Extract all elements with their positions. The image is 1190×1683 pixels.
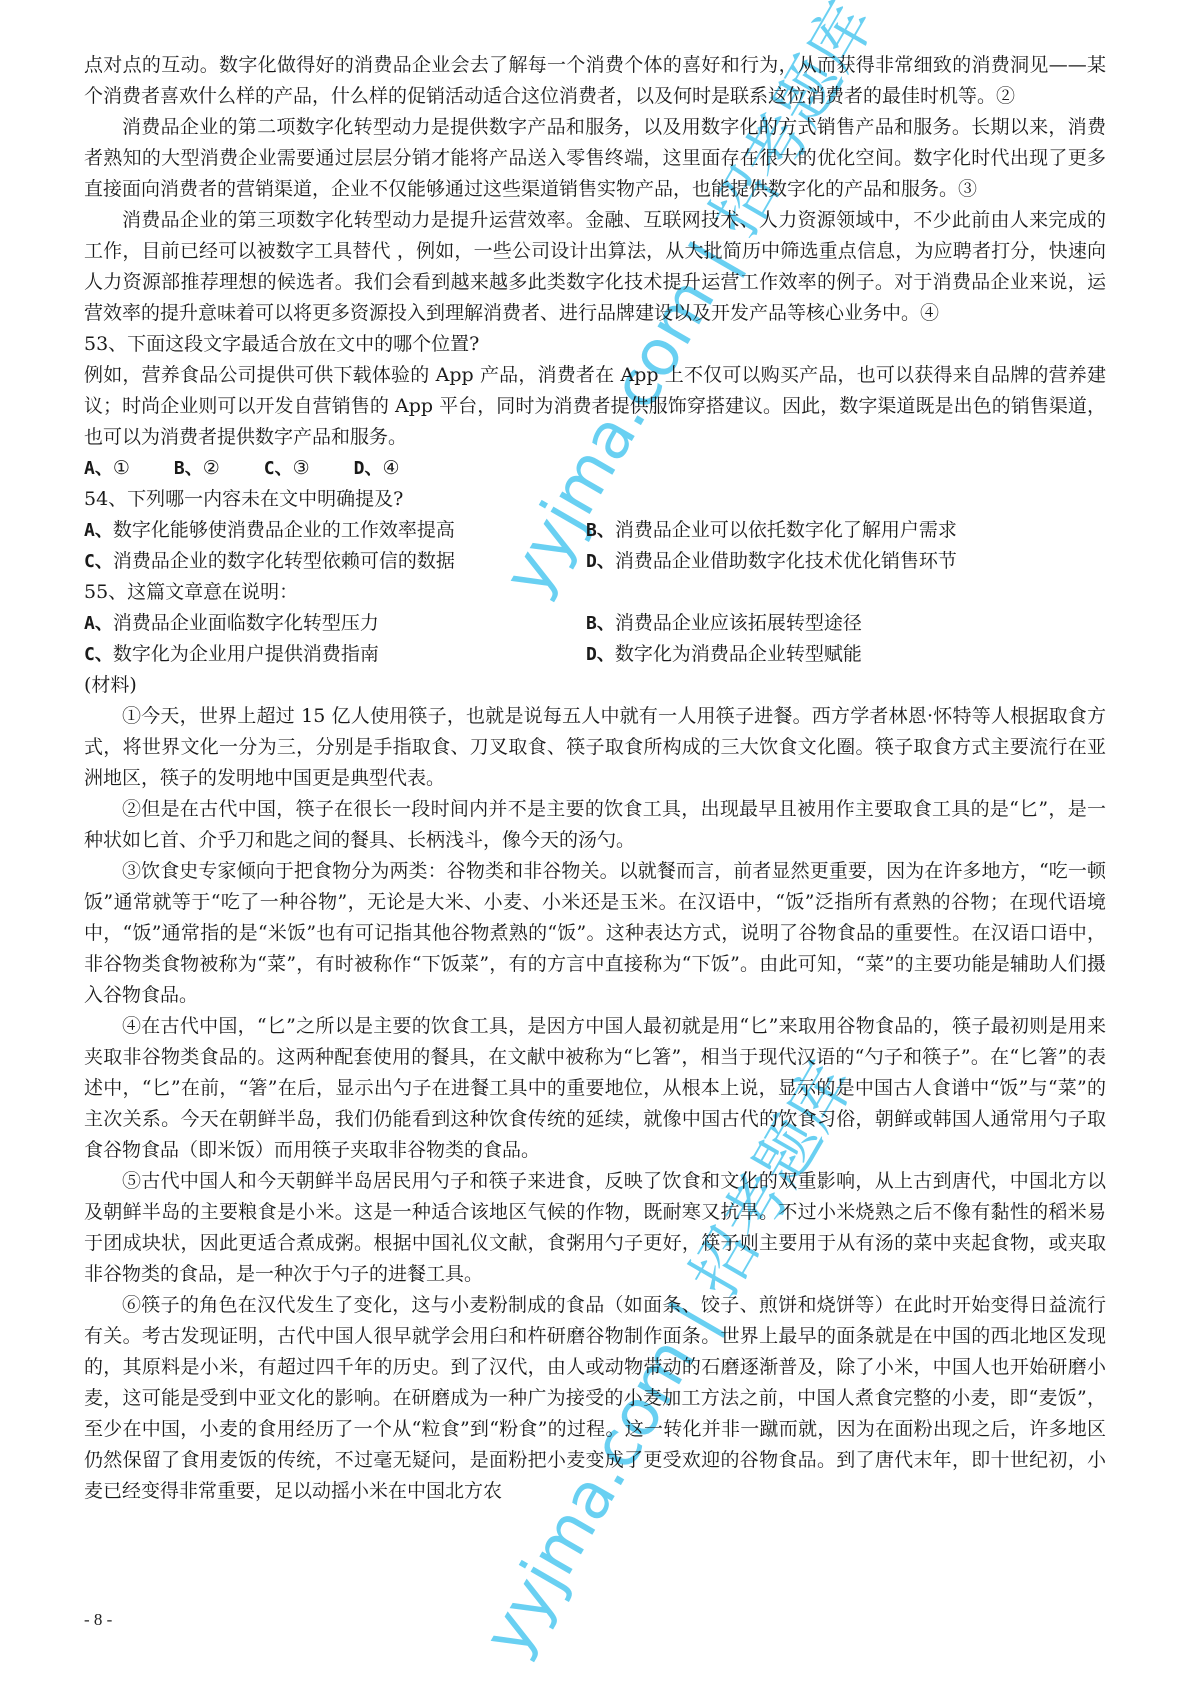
paragraph-third-driver: 消费品企业的第三项数字化转型动力是提升运营效率。金融、互联网技术、人力资源领域中… (84, 205, 1106, 329)
question-54-title: 54、下列哪一内容未在文中明确提及? (84, 484, 1106, 515)
option-a[interactable]: A、① (84, 453, 130, 484)
material-paragraph-3: ③饮食史专家倾向于把食物分为两类：谷物类和非谷物关。以就餐而言，前者显然更重要，… (84, 856, 1106, 1011)
document-page: yyjma.com | 招考题库 yyjma.com | 招考题库 点对点的互动… (0, 0, 1190, 1683)
option-a[interactable]: A、数字化能够使消费品企业的工作效率提高 (84, 515, 586, 546)
material-paragraph-4: ④在古代中国，“匕”之所以是主要的饮食工具，是因方中国人最初就是用“匕”来取用谷… (84, 1011, 1106, 1166)
option-d[interactable]: D、④ (354, 453, 400, 484)
option-d[interactable]: D、消费品企业借助数字化技术优化销售环节 (586, 546, 1088, 577)
material-paragraph-5: ⑤古代中国人和今天朝鲜半岛居民用勺子和筷子来进食，反映了饮食和文化的双重影响，从… (84, 1166, 1106, 1290)
question-55-options-row-2: C、数字化为企业用户提供消费指南 D、数字化为消费品企业转型赋能 (84, 639, 1106, 670)
material-paragraph-6: ⑥筷子的角色在汉代发生了变化，这与小麦粉制成的食品（如面条、饺子、煎饼和烧饼等）… (84, 1290, 1106, 1507)
question-54-options-row-1: A、数字化能够使消费品企业的工作效率提高 B、消费品企业可以依托数字化了解用户需… (84, 515, 1106, 546)
question-53-options: A、① B、② C、③ D、④ (84, 453, 1106, 484)
question-53-title: 53、下面这段文字最适合放在文中的哪个位置? (84, 329, 1106, 360)
option-b[interactable]: B、消费品企业应该拓展转型途径 (586, 608, 1088, 639)
document-body: 点对点的互动。数字化做得好的消费品企业会去了解每一个消费个体的喜好和行为，从而获… (84, 50, 1106, 1507)
material-label: (材料) (84, 670, 1106, 701)
option-c[interactable]: C、消费品企业的数字化转型依赖可信的数据 (84, 546, 586, 577)
option-c[interactable]: C、数字化为企业用户提供消费指南 (84, 639, 586, 670)
page-number: - 8 - (84, 1610, 112, 1630)
question-55-options-row-1: A、消费品企业面临数字化转型压力 B、消费品企业应该拓展转型途径 (84, 608, 1106, 639)
option-c[interactable]: C、③ (264, 453, 310, 484)
question-54-options-row-2: C、消费品企业的数字化转型依赖可信的数据 D、消费品企业借助数字化技术优化销售环… (84, 546, 1106, 577)
paragraph-continued: 点对点的互动。数字化做得好的消费品企业会去了解每一个消费个体的喜好和行为，从而获… (84, 50, 1106, 112)
material-paragraph-2: ②但是在古代中国，筷子在很长一段时间内并不是主要的饮食工具，出现最早且被用作主要… (84, 794, 1106, 856)
option-b[interactable]: B、消费品企业可以依托数字化了解用户需求 (586, 515, 1088, 546)
question-55-title: 55、这篇文章意在说明： (84, 577, 1106, 608)
option-d[interactable]: D、数字化为消费品企业转型赋能 (586, 639, 1088, 670)
material-paragraph-1: ①今天，世界上超过 15 亿人使用筷子，也就是说每五人中就有一人用筷子进餐。西方… (84, 701, 1106, 794)
option-a[interactable]: A、消费品企业面临数字化转型压力 (84, 608, 586, 639)
paragraph-second-driver: 消费品企业的第二项数字化转型动力是提供数字产品和服务，以及用数字化的方式销售产品… (84, 112, 1106, 205)
question-53-passage: 例如，营养食品公司提供可供下载体验的 App 产品，消费者在 App 上不仅可以… (84, 360, 1106, 453)
option-b[interactable]: B、② (174, 453, 220, 484)
